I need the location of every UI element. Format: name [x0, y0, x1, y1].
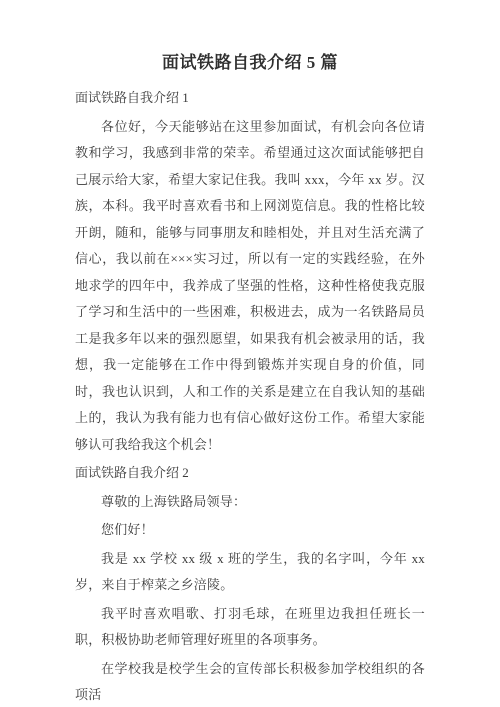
document-body: 面试铁路自我介绍 1各位好，今天能够站在这里参加面试，有机会向各位请教和学习，我…	[75, 85, 425, 707]
paragraph: 我平时喜欢唱歌、打羽毛球，在班里边我担任班长一职，积极协助老师管理好班里的各项事…	[75, 601, 425, 654]
paragraph: 各位好，今天能够站在这里参加面试，有机会向各位请教和学习，我感到非常的荣幸。希望…	[75, 114, 425, 459]
document-section: 面试铁路自我介绍 2尊敬的上海铁路局领导：您们好！我是 xx 学校 xx 级 x…	[75, 460, 425, 707]
section-heading: 面试铁路自我介绍 1	[75, 85, 425, 112]
paragraph: 在学校我是校学生会的宣传部长积极参加学校组织的各项活	[75, 656, 425, 707]
paragraph: 您们好！	[75, 517, 425, 544]
paragraph: 尊敬的上海铁路局领导：	[75, 489, 425, 516]
document-section: 面试铁路自我介绍 1各位好，今天能够站在这里参加面试，有机会向各位请教和学习，我…	[75, 85, 425, 458]
section-heading: 面试铁路自我介绍 2	[75, 460, 425, 487]
paragraph: 我是 xx 学校 xx 级 x 班的学生，我的名字叫，今年 xx 岁，来自于榨菜…	[75, 546, 425, 599]
document-title: 面试铁路自我介绍 5 篇	[75, 50, 425, 76]
document-page: 面试铁路自我介绍 5 篇 面试铁路自我介绍 1各位好，今天能够站在这里参加面试，…	[0, 0, 500, 707]
